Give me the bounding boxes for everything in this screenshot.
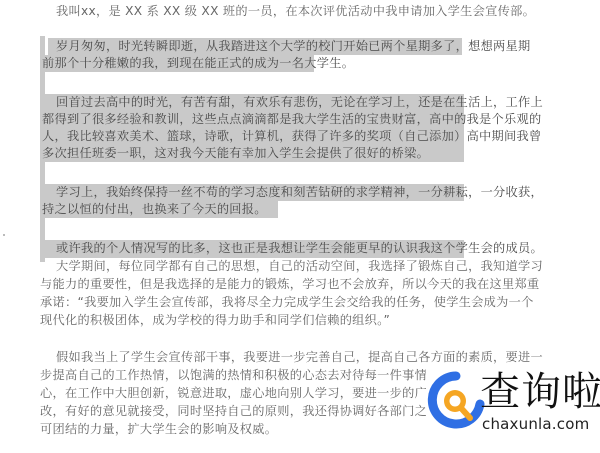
text-line: 假如我当上了学生会宣传部干事，我要进一步完善自己，提高自己各方面的素质，要进一: [56, 349, 543, 366]
text-line: 现代化的积极团体，成为学校的得力助手和同学们信赖的组织。”: [40, 312, 390, 329]
highlighted-line[interactable]: 都得到了很多经验和教训，这些点点滴滴都是我大学生活的宝贵财富，高中的我是个乐观的: [40, 111, 464, 128]
text-line: 承诺：“我要加入学生会宣传部，我将尽全力完成学生会交给我的任务，使学生会成为一个: [40, 294, 534, 311]
text-line: 改，有好的意见就接受，同时坚持自己的原则，我还得协调好各部门之: [40, 403, 427, 420]
gutter-mark: [3, 234, 5, 236]
text-line: 可团结的力量，扩大学生会的影响及权威。: [40, 421, 277, 438]
highlighted-line[interactable]: 回首过去高中的时光，有苦有甜，有欢乐有悲伤，无论在学习上，还是在生活上，工作上: [48, 94, 464, 111]
highlighted-line[interactable]: 岁月匆匆，时光转瞬即逝，从我踏进这个大学的校门开始已两个星期多了，想想两星期: [48, 38, 462, 55]
text-line: 与能力的重要性，但是我选择的是能力的锻炼，学习也不会放弃，所以今天的我在这里郑重: [40, 276, 540, 293]
highlighted-line[interactable]: 或许我的个人情况写的比多，这也正是我想让学生会能更早的认识我这个学生会的成员。: [48, 240, 464, 257]
highlighted-line[interactable]: 持之以恒的付出，也换来了今天的回报。: [40, 201, 278, 218]
magnifier-q-logo-icon: [426, 370, 486, 430]
highlighted-line[interactable]: 学习上，我始终保持一丝不苟的学习态度和刻苦钻研的求学精神，一分耕耘，一分收获，: [48, 184, 464, 201]
highlighted-line[interactable]: 前那个十分稚嫩的我，到现在能正式的成为一名大学生。: [40, 55, 314, 72]
text-line: 步提高自己的工作热情，以饱满的热情和积极的心态去对待每一件事情: [40, 367, 427, 384]
document-page: 我叫xx，是 XX 系 XX 级 XX 班的一员，在本次评优活动中我申请加入学生…: [0, 0, 600, 453]
highlighted-line[interactable]: 人，我比较喜欢美术、篮球，诗歌，计算机，获得了许多的奖项（自己添加）高中期间我曾: [40, 128, 464, 145]
text-line: 心，在工作中大胆创新，锐意进取，虚心地向别人学习，要进一步的广: [40, 385, 427, 402]
chaxunla-watermark: 查询啦 chaxunla.com: [426, 368, 596, 440]
intro-line: 我叫xx，是 XX 系 XX 级 XX 班的一员，在本次评优活动中我申请加入学生…: [56, 3, 535, 20]
highlighted-line[interactable]: 多次担任班委一职，这对我今天能有幸加入学生会提供了很好的桥梁。: [40, 145, 382, 162]
watermark-title: 查询啦: [480, 368, 600, 416]
text-line: 大学期间，每位同学都有自己的思想，自己的活动空间，我选择了锻炼自己，我知道学习: [56, 258, 543, 275]
watermark-url: chaxunla.com: [482, 415, 589, 433]
